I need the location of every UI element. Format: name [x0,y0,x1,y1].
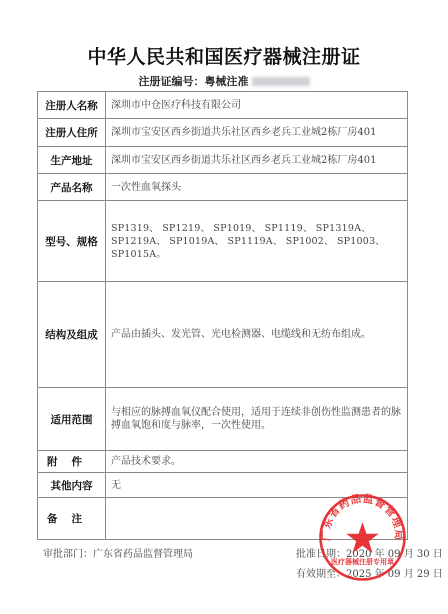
table-row: 适用范围 与相应的脉搏血氧仪配合使用，适用于连续非创伤性监测患者的脉搏血氧饱和度… [38,388,408,451]
registration-number-label: 注册证编号： [139,75,205,88]
registrant-name: 深圳市中仓医疗科技有限公司 [106,92,408,119]
row-label: 附件 [38,451,106,473]
table-row: 型号、规格 SP1319、 SP1219、 SP1019、 SP1119、 SP… [38,201,408,282]
row-label: 型号、规格 [38,201,106,282]
product-name: 一次性血氧探头 [106,174,408,201]
production-address: 深圳市宝安区西乡街道共乐社区西乡老兵工业城2栋厂房401 [106,147,408,174]
row-label: 注册人名称 [38,92,106,119]
svg-text:医疗器械注册专用章: 医疗器械注册专用章 [331,557,394,566]
table-row: 结构及组成 产品由插头、发光管、光电检测器、电缆线和无纺布组成。 [38,282,408,388]
official-seal-icon: 广东省药品监督管理局 医疗器械注册专用章 [318,493,407,582]
table-row: 生产地址 深圳市宝安区西乡街道共乐社区西乡老兵工业城2栋厂房401 [38,147,408,174]
structure-composition: 产品由插头、发光管、光电检测器、电缆线和无纺布组成。 [106,282,408,388]
scope-of-application: 与相应的脉搏血氧仪配合使用，适用于连续非创伤性监测患者的脉搏血氧饱和度与脉率，一… [106,388,408,451]
document-title: 中华人民共和国医疗器械注册证 [0,42,448,69]
row-label: 其他内容 [38,473,106,498]
row-label: 结构及组成 [38,282,106,388]
table-row: 附件 产品技术要求。 [38,451,408,473]
row-label: 适用范围 [38,388,106,451]
table-row: 注册人名称 深圳市中仓医疗科技有限公司 [38,92,408,119]
row-label: 备注 [38,498,106,540]
attachments: 产品技术要求。 [106,451,408,473]
registration-number: 注册证编号：粤械注准 [0,73,448,89]
models-specs: SP1319、 SP1219、 SP1019、 SP1119、 SP1319A、… [106,201,408,282]
registrant-address: 深圳市宝安区西乡街道共乐社区西乡老兵工业城2栋厂房401 [106,119,408,147]
approval-dept-label: 审批部门： [43,549,93,560]
registration-number-prefix: 粤械注准 [205,75,249,88]
row-label: 生产地址 [38,147,106,174]
certificate-table: 注册人名称 深圳市中仓医疗科技有限公司 注册人住所 深圳市宝安区西乡街道共乐社区… [37,91,408,540]
approval-dept-value: 广东省药品监督管理局 [93,549,193,560]
row-label: 产品名称 [38,174,106,201]
approval-department: 审批部门：广东省药品监督管理局 [43,545,193,560]
row-label: 注册人住所 [38,119,106,147]
table-row: 注册人住所 深圳市宝安区西乡街道共乐社区西乡老兵工业城2栋厂房401 [38,119,408,147]
redacted-number [252,77,310,86]
table-row: 产品名称 一次性血氧探头 [38,174,408,201]
